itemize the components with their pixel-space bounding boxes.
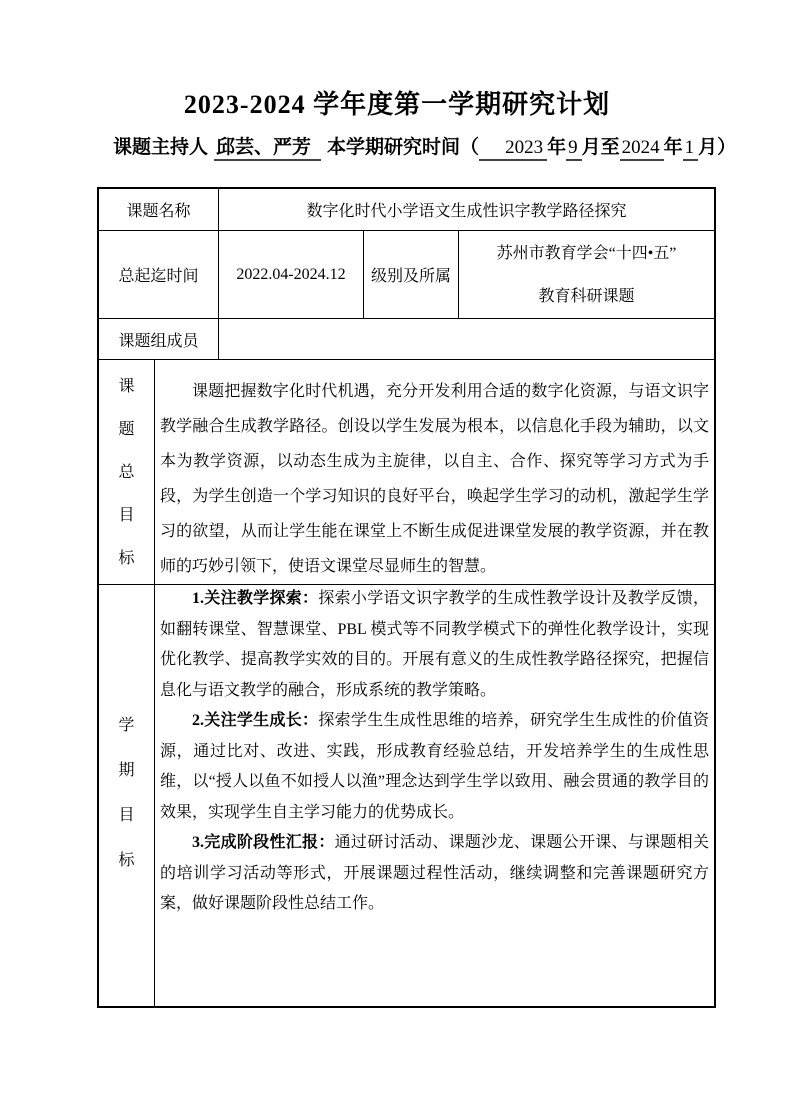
level-label: 级别及所属 bbox=[364, 231, 459, 319]
project-name-value: 数字化时代小学语文生成性识字教学路径探究 bbox=[219, 189, 714, 231]
semester-goals-label-cell: 学期目标 bbox=[99, 580, 155, 1006]
project-name-label: 课题名称 bbox=[99, 189, 219, 231]
month-to: 月至 bbox=[582, 137, 620, 158]
document-page: 2023-2024 学年度第一学期研究计划 课题主持人邱芸、严芳本学期研究时间（… bbox=[0, 0, 794, 1108]
semester-goal-item-1: 1.关注教学探索：探索小学语文识字教学的生成性教学设计及教学反馈，如翻转课堂、智… bbox=[160, 584, 709, 706]
semester-goal-item-2: 2.关注学生成长：探索学生生成性思维的培养，研究学生生成性的价值资源，通过比对、… bbox=[160, 706, 709, 828]
table-row-semester-goals: 学期目标 1.关注教学探索：探索小学语文识字教学的生成性教学设计及教学反馈，如翻… bbox=[99, 580, 714, 1006]
semester-goals-text-cell: 1.关注教学探索：探索小学语文识字教学的生成性教学设计及教学反馈，如翻转课堂、智… bbox=[155, 580, 714, 1006]
duration-value: 2022.04-2024.12 bbox=[219, 231, 364, 319]
end-year: 2024 bbox=[620, 137, 664, 161]
duration-label: 总起迄时间 bbox=[99, 231, 219, 319]
table-row-overall-goal: 课题总目标 课题把握数字化时代机遇，充分开发利用合适的数字化资源，与语文识字教学… bbox=[99, 360, 714, 580]
semester-goals-label: 学期目标 bbox=[118, 703, 136, 883]
year-suffix: 年 bbox=[547, 137, 566, 158]
start-year: 2023 bbox=[479, 137, 547, 161]
paren-close: ） bbox=[717, 137, 736, 158]
table-row-project-name: 课题名称 数字化时代小学语文生成性识字教学路径探究 bbox=[99, 189, 714, 231]
paren-open: （ bbox=[460, 137, 479, 158]
semester-goal-3-lead: 3.完成阶段性汇报： bbox=[192, 834, 335, 851]
overall-goal-label: 课题总目标 bbox=[118, 365, 136, 580]
start-month: 9 bbox=[566, 137, 582, 161]
semester-goal-1-lead: 1.关注教学探索： bbox=[192, 590, 318, 607]
overall-goal-label-cell: 课题总目标 bbox=[99, 360, 155, 585]
month-suffix: 月 bbox=[698, 137, 717, 158]
overall-goal-paragraph: 课题把握数字化时代机遇，充分开发利用合适的数字化资源，与语文识字教学融合生成教学… bbox=[160, 374, 709, 584]
level-value: 苏州市教育学会“十四•五” 教育科研课题 bbox=[459, 231, 714, 319]
leader-names: 邱芸、严芳 bbox=[214, 137, 321, 161]
table-row-duration-level: 总起迄时间 2022.04-2024.12 级别及所属 苏州市教育学会“十四•五… bbox=[99, 231, 714, 319]
semester-goal-item-3: 3.完成阶段性汇报：通过研讨活动、课题沙龙、课题公开课、与课题相关的培训学习活动… bbox=[160, 828, 709, 920]
overall-goal-text-cell: 课题把握数字化时代机遇，充分开发利用合适的数字化资源，与语文识字教学融合生成教学… bbox=[155, 360, 714, 585]
semester-goal-2-lead: 2.关注学生成长： bbox=[192, 712, 318, 729]
members-label: 课题组成员 bbox=[99, 319, 219, 360]
period-label: 本学期研究时间 bbox=[327, 137, 460, 158]
research-plan-table: 课题名称 数字化时代小学语文生成性识字教学路径探究 总起迄时间 2022.04-… bbox=[97, 187, 716, 1008]
year-suffix-2: 年 bbox=[664, 137, 683, 158]
document-title: 2023-2024 学年度第一学期研究计划 bbox=[0, 84, 794, 121]
table-row-members: 课题组成员 bbox=[99, 319, 714, 360]
document-subheader: 课题主持人邱芸、严芳本学期研究时间（2023年9月至2024年1月） bbox=[113, 132, 713, 159]
leader-label: 课题主持人 bbox=[113, 137, 208, 158]
members-value bbox=[219, 319, 714, 360]
level-value-line2: 教育科研课题 bbox=[538, 275, 634, 318]
level-value-line1: 苏州市教育学会“十四•五” bbox=[497, 232, 677, 275]
end-month: 1 bbox=[683, 137, 699, 161]
